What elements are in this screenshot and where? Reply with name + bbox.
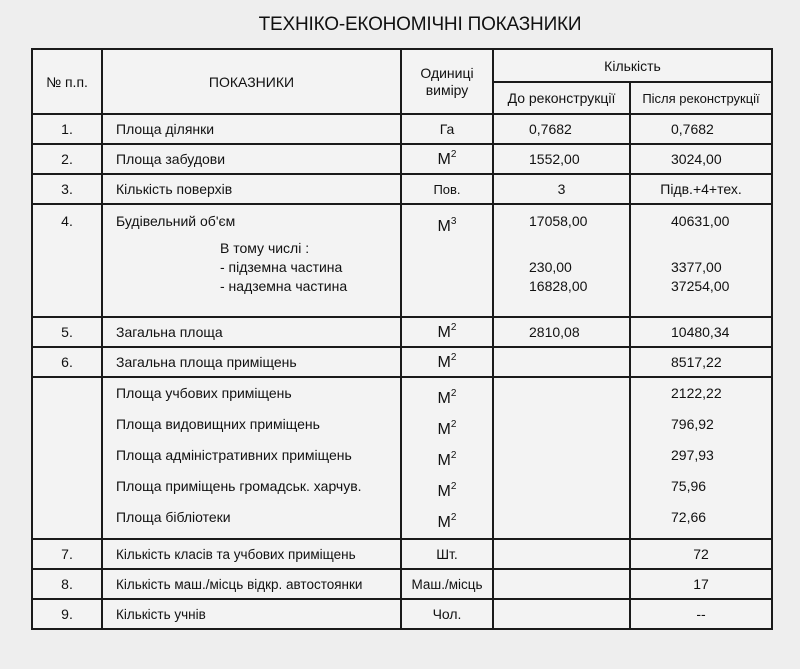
row-indicator: Кількість поверхів [102, 174, 401, 204]
row-indicator: Загальна площа [102, 317, 401, 347]
header-quantity: Кількість [493, 49, 772, 82]
row-unit: М2 [401, 317, 493, 347]
row-after: 10480,34 [630, 317, 772, 347]
header-units: Одиниці виміру [401, 49, 493, 114]
row-after: 72 [630, 539, 772, 569]
row-after: 17 [630, 569, 772, 599]
row-indicator: Площа ділянки [102, 114, 401, 144]
subrow-indicator: Площа бібліотеки [116, 502, 400, 533]
header-indicators: ПОКАЗНИКИ [102, 49, 401, 114]
table-row: 9. Кількість учнів Чол. -- [32, 599, 772, 629]
row-before-group [493, 377, 630, 539]
row-before [493, 347, 630, 377]
row-indicator-main: Будівельний об'єм [116, 212, 400, 231]
row-before [493, 539, 630, 569]
row-number: 4. [32, 204, 102, 317]
row-number-empty [32, 377, 102, 539]
row-after: 8517,22 [630, 347, 772, 377]
row-before: 17058,00 230,00 16828,00 [493, 204, 630, 317]
row-number: 1. [32, 114, 102, 144]
row-unit: Маш./місць [401, 569, 493, 599]
row-number: 6. [32, 347, 102, 377]
table-row: 2. Площа забудови М2 1552,00 3024,00 [32, 144, 772, 174]
subrow-indicator: Площа видовищних приміщень [116, 409, 400, 440]
header-units-line1: Одиниці [402, 65, 492, 82]
row-unit: М3 [401, 204, 493, 317]
table-row: 8. Кількість маш./місць відкр. автостоян… [32, 569, 772, 599]
row-before [493, 599, 630, 629]
row-indicator: Будівельний об'єм В тому числі : - підзе… [102, 204, 401, 317]
row-after: 40631,00 3377,00 37254,00 [630, 204, 772, 317]
row-unit: Пов. [401, 174, 493, 204]
row-indicator: Площа забудови [102, 144, 401, 174]
header-units-line2: виміру [402, 82, 492, 99]
including-label: В тому числі : [116, 239, 400, 258]
row-before: 0,7682 [493, 114, 630, 144]
row-indicator-group: Площа учбових приміщень Площа видовищних… [102, 377, 401, 539]
subrow-indicator: Площа адміністративних приміщень [116, 440, 400, 471]
row-unit-group: М2 М2 М2 М2 М2 [401, 377, 493, 539]
table-row: 3. Кількість поверхів Пов. 3 Підв.+4+тех… [32, 174, 772, 204]
table-row: 7. Кількість класів та учбових приміщень… [32, 539, 772, 569]
row-number: 2. [32, 144, 102, 174]
row-indicator: Кількість класів та учбових приміщень [102, 539, 401, 569]
row-after: -- [630, 599, 772, 629]
subrow-indicator: Площа приміщень громадськ. харчув. [116, 471, 400, 502]
row-number: 9. [32, 599, 102, 629]
table-row: 5. Загальна площа М2 2810,08 10480,34 [32, 317, 772, 347]
row-unit: М2 [401, 347, 493, 377]
row-indicator: Кількість маш./місць відкр. автостоянки [102, 569, 401, 599]
document-title: ТЕХНІКО-ЕКОНОМІЧНІ ПОКАЗНИКИ [0, 14, 800, 36]
header-before-reconstruction: До реконструкції [493, 82, 630, 114]
header-after-reconstruction: Після реконструкції [630, 82, 772, 114]
technical-economic-indicators-table: № п.п. ПОКАЗНИКИ Одиниці виміру Кількіст… [31, 48, 773, 630]
table-row-room-breakdown: Площа учбових приміщень Площа видовищних… [32, 377, 772, 539]
row-after: 0,7682 [630, 114, 772, 144]
row-number: 7. [32, 539, 102, 569]
header-number: № п.п. [32, 49, 102, 114]
subrow-indicator: Площа учбових приміщень [116, 378, 400, 409]
row-unit: М2 [401, 144, 493, 174]
table-row: 1. Площа ділянки Га 0,7682 0,7682 [32, 114, 772, 144]
row-number: 3. [32, 174, 102, 204]
row-unit: Га [401, 114, 493, 144]
row-after-group: 2122,22 796,92 297,93 75,96 72,66 [630, 377, 772, 539]
part-aboveground: - надземна частина [116, 277, 400, 296]
row-indicator: Кількість учнів [102, 599, 401, 629]
table-row: 6. Загальна площа приміщень М2 8517,22 [32, 347, 772, 377]
row-before: 1552,00 [493, 144, 630, 174]
row-after: Підв.+4+тех. [630, 174, 772, 204]
row-number: 8. [32, 569, 102, 599]
row-unit: Чол. [401, 599, 493, 629]
row-unit: Шт. [401, 539, 493, 569]
row-before: 2810,08 [493, 317, 630, 347]
row-indicator: Загальна площа приміщень [102, 347, 401, 377]
row-after: 3024,00 [630, 144, 772, 174]
row-before [493, 569, 630, 599]
row-number: 5. [32, 317, 102, 347]
row-before: 3 [493, 174, 630, 204]
part-underground: - підземна частина [116, 258, 400, 277]
table-row: 4. Будівельний об'єм В тому числі : - пі… [32, 204, 772, 317]
